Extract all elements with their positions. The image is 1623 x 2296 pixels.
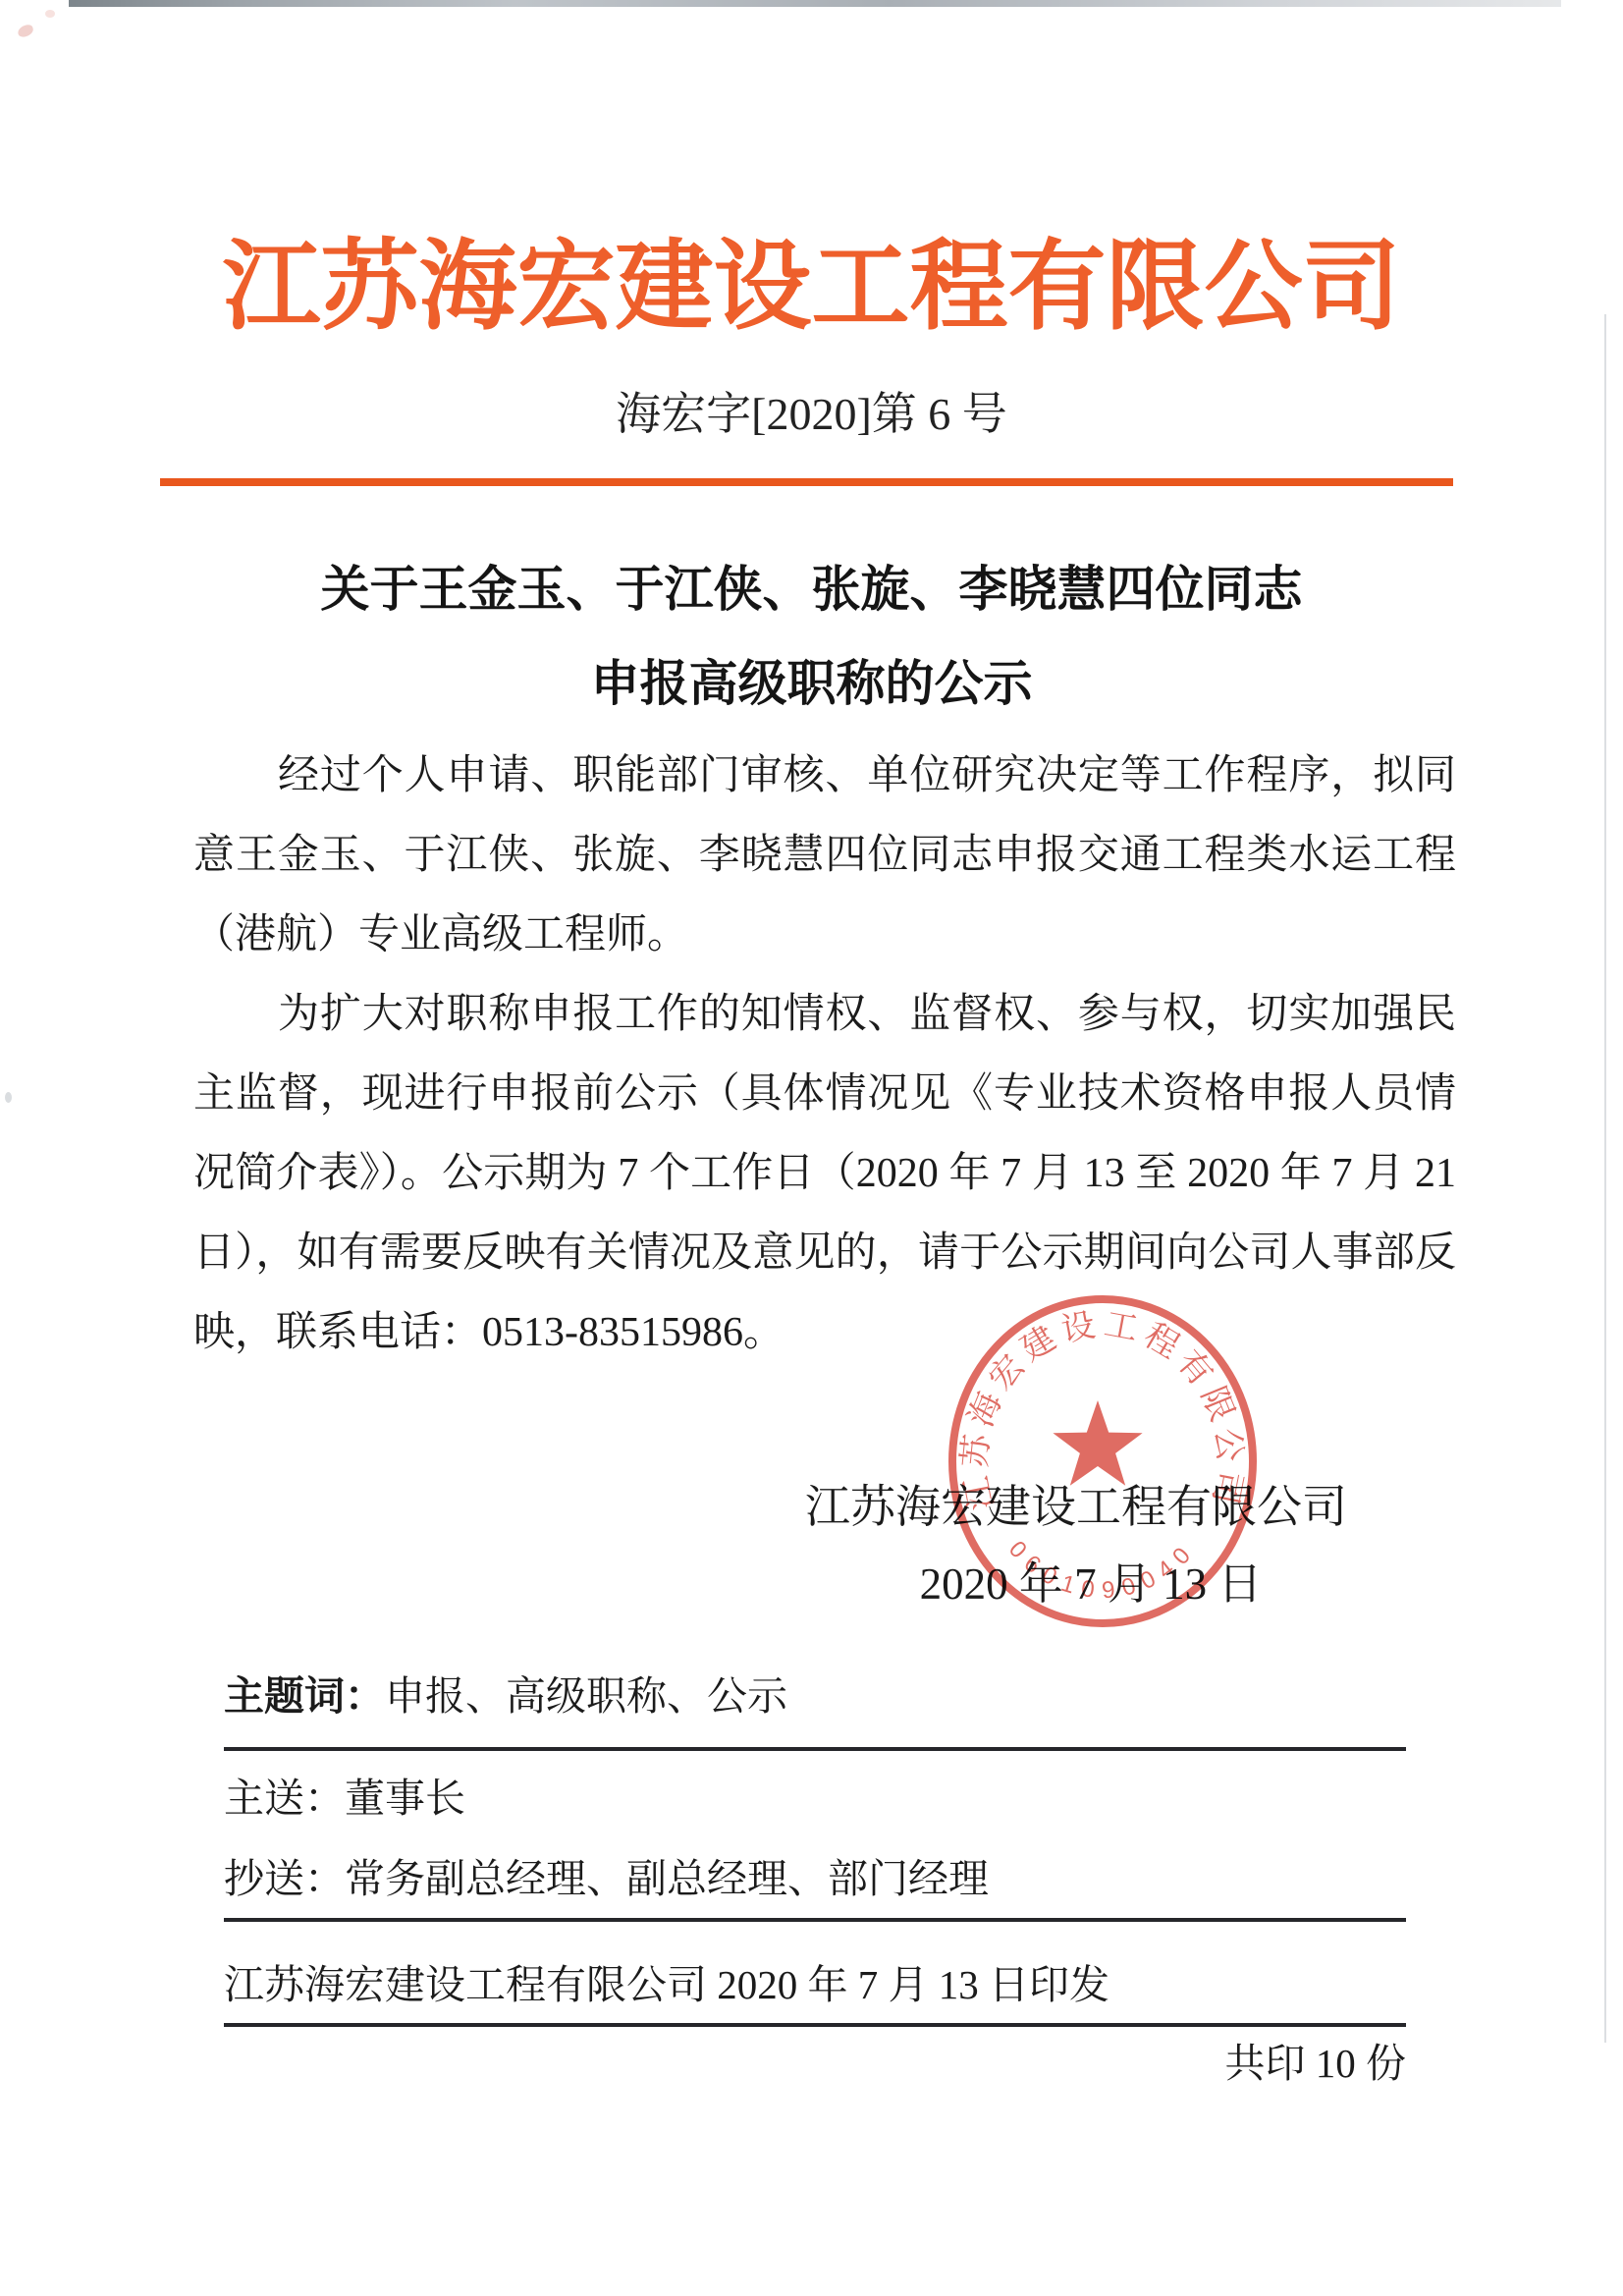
copy-send-row: 抄送：常务副总经理、副总经理、部门经理: [224, 1854, 1406, 1903]
seal-star-icon: [1053, 1400, 1142, 1486]
footer-separator-3: [224, 2023, 1406, 2027]
copy-send-label: 抄送：: [224, 1856, 345, 1901]
main-send-row: 主送：董事长: [224, 1774, 1406, 1823]
notice-title-line1: 关于王金玉、于江侠、张旋、李晓慧四位同志: [0, 562, 1623, 617]
scan-artifact-pink-mark: [45, 10, 55, 18]
body-paragraph-1: 经过个人申请、职能部门审核、单位研究决定等工作程序，拟同意王金玉、于江侠、张旋、…: [193, 737, 1456, 975]
print-info-row: 江苏海宏建设工程有限公司 2020 年 7 月 13 日印发: [224, 1960, 1406, 2009]
company-seal-stamp: 江苏海宏建设工程有限公司 0601090040: [936, 1285, 1270, 1640]
footer-separator-1: [224, 1747, 1406, 1751]
scan-artifact-pink-mark: [17, 24, 35, 38]
notice-title-line2: 申报高级职称的公示: [0, 656, 1623, 711]
main-send-value: 董事长: [345, 1776, 465, 1821]
copies-count: 共印 10 份: [224, 2039, 1406, 2088]
subject-label: 主题词：: [224, 1673, 385, 1719]
letterhead-rule: [160, 478, 1453, 486]
copy-send-value: 常务副总经理、副总经理、部门经理: [345, 1856, 989, 1901]
scan-artifact-top-band: [69, 0, 1561, 7]
seal-serial-number: 0601090040: [1003, 1536, 1202, 1604]
letterhead-company-title: 江苏海宏建设工程有限公司: [0, 234, 1623, 342]
notice-body: 经过个人申请、职能部门审核、单位研究决定等工作程序，拟同意王金玉、于江侠、张旋、…: [193, 737, 1456, 1373]
main-send-label: 主送：: [224, 1776, 345, 1821]
scan-artifact-spec: [5, 1092, 12, 1103]
subject-value: 申报、高级职称、公示: [385, 1673, 787, 1719]
document-page: 江苏海宏建设工程有限公司 海宏字[2020]第 6 号 关于王金玉、于江侠、张旋…: [0, 0, 1623, 2296]
subject-keywords-row: 主题词：申报、高级职称、公示: [224, 1671, 1406, 1721]
footer-separator-2: [224, 1918, 1406, 1922]
document-number: 海宏字[2020]第 6 号: [0, 389, 1623, 440]
